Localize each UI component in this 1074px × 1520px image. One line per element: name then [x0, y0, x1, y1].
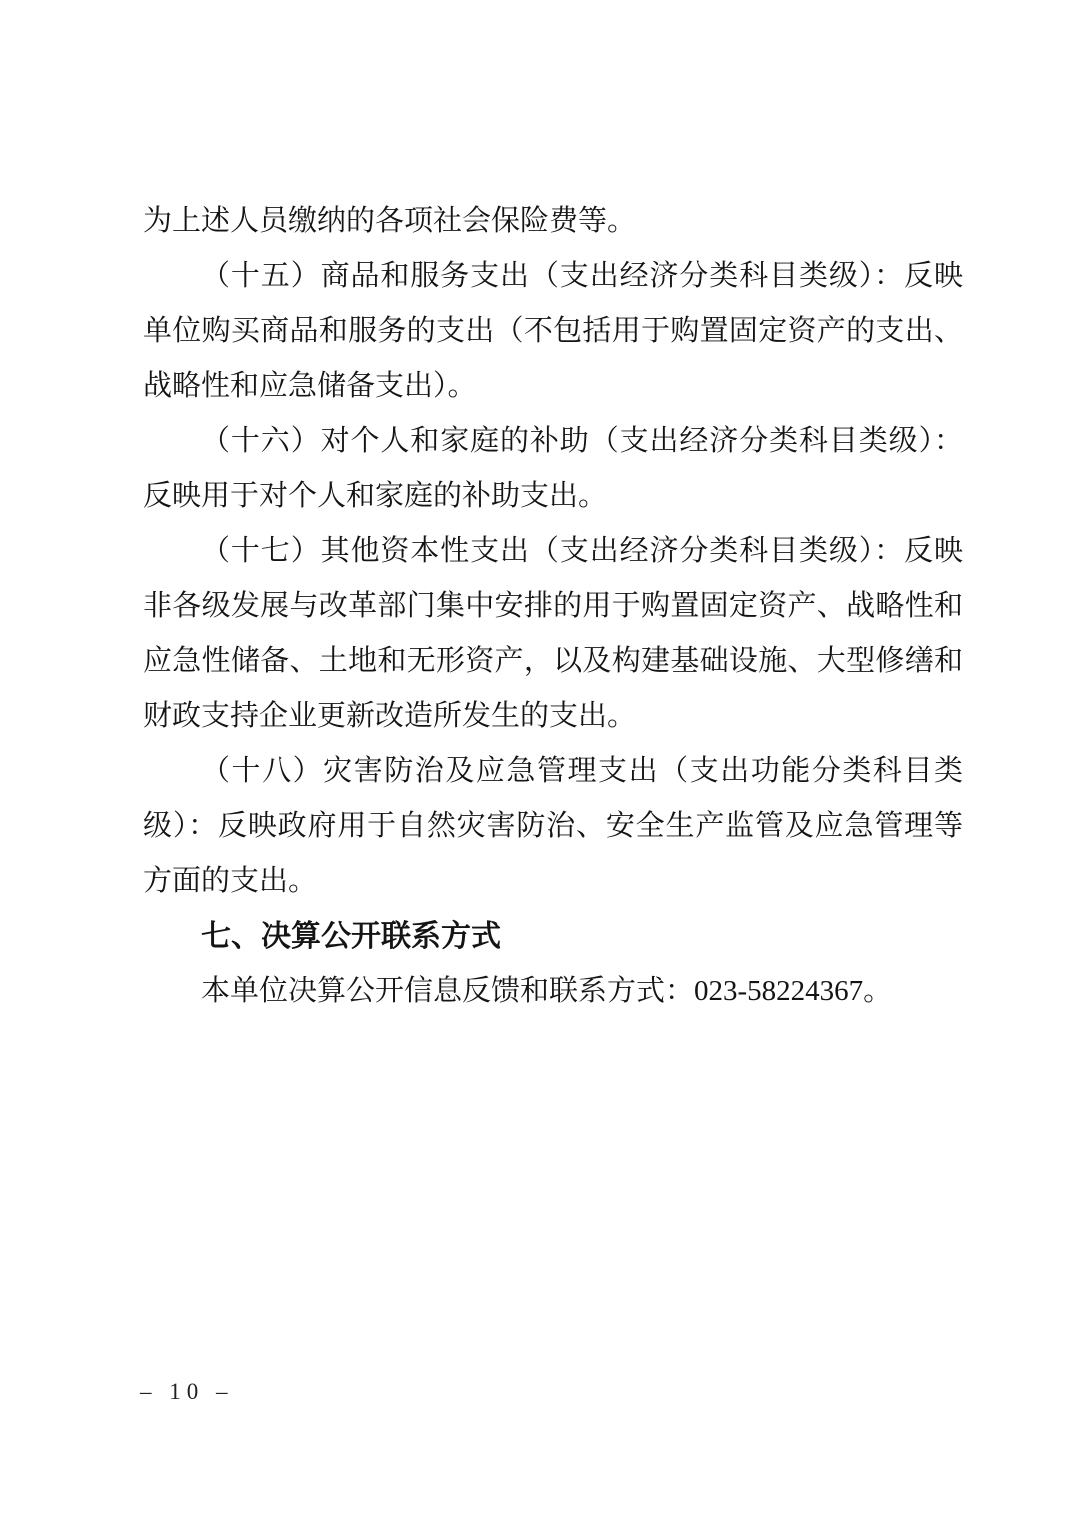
text-line: （十六）对个人和家庭的补助（支出经济分类科目类级）： — [143, 414, 963, 469]
text-line: （十七）其他资本性支出（支出经济分类科目类级）：反映 — [143, 524, 963, 579]
text-line: 方面的支出。 — [143, 854, 963, 909]
text-line: 财政支持企业更新改造所发生的支出。 — [143, 689, 963, 744]
text-line: 级）：反映政府用于自然灾害防治、安全生产监管及应急管理等 — [143, 799, 963, 854]
page-number: – 10 – — [140, 1379, 234, 1405]
text-line: 反映用于对个人和家庭的补助支出。 — [143, 469, 963, 524]
document-body: 为上述人员缴纳的各项社会保险费等。 （十五）商品和服务支出（支出经济分类科目类级… — [143, 194, 963, 1019]
text-line: 非各级发展与改革部门集中安排的用于购置固定资产、战略性和 — [143, 579, 963, 634]
document-page: 为上述人员缴纳的各项社会保险费等。 （十五）商品和服务支出（支出经济分类科目类级… — [0, 0, 1074, 1520]
text-line: 为上述人员缴纳的各项社会保险费等。 — [143, 194, 963, 249]
text-line: （十五）商品和服务支出（支出经济分类科目类级）：反映 — [143, 249, 963, 304]
text-line: （十八）灾害防治及应急管理支出（支出功能分类科目类 — [143, 744, 963, 799]
page-footer: – 10 – — [140, 1372, 234, 1412]
text-line: 单位购买商品和服务的支出（不包括用于购置固定资产的支出、 — [143, 304, 963, 359]
contact-line: 本单位决算公开信息反馈和联系方式：023-58224367。 — [143, 964, 963, 1019]
text-line: 应急性储备、土地和无形资产，以及构建基础设施、大型修缮和 — [143, 634, 963, 689]
text-line: 战略性和应急储备支出）。 — [143, 359, 963, 414]
section-heading: 七、决算公开联系方式 — [143, 909, 963, 964]
